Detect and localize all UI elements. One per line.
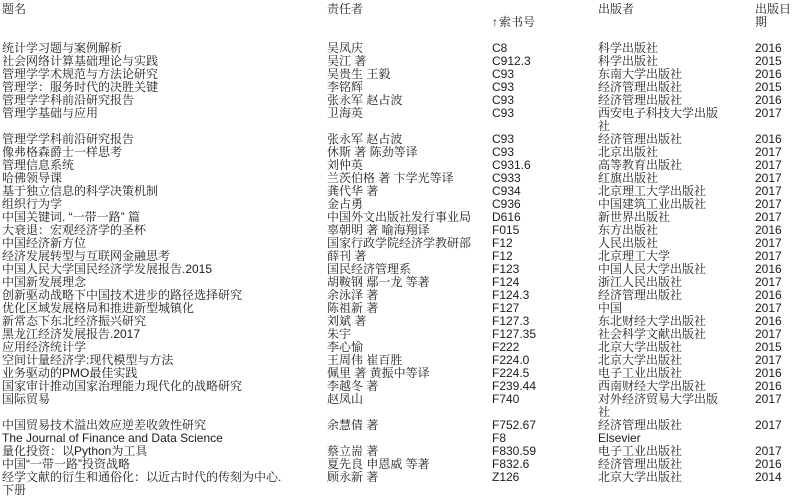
cell-author: 夏先良 申恩威 等著 <box>327 458 492 471</box>
table-row: 中国人民大学国民经济学发展报告.2015 国民经济管理系 F123 中国人民大学… <box>2 263 798 276</box>
cell-title[interactable]: 管理学学术规范与方法论研究 <box>2 68 327 81</box>
cell-call-number: F123 <box>492 263 598 276</box>
column-header-publisher[interactable]: 出版者 <box>598 3 755 16</box>
table-row: 国家审计推动国家治理能力现代化的战略研究 李越冬 著 F239.44 西南财经大… <box>2 380 798 393</box>
cell-publisher: 浙江人民出版社 <box>598 276 755 289</box>
cell-publisher: 北京出版社 <box>598 146 755 159</box>
cell-author: 吴凤庆 <box>327 42 492 55</box>
cell-pub-date: 2017 <box>755 328 798 341</box>
cell-pub-date: 2017 <box>755 354 798 367</box>
table-row: The Journal of Finance and Data Science … <box>2 432 798 445</box>
cell-call-number: C93 <box>492 146 598 159</box>
cell-call-number: D616 <box>492 211 598 224</box>
cell-author: 卫海英 <box>327 107 492 120</box>
table-row: 空间计量经济学:现代模型与方法 王周伟 崔百胜 F224.0 北京大学出版社 2… <box>2 354 798 367</box>
cell-publisher: 东南大学出版社 <box>598 68 755 81</box>
cell-publisher: 中国建筑工业出版社 <box>598 198 755 211</box>
cell-publisher: 经济管理出版社 <box>598 133 755 146</box>
cell-call-number: F127.3 <box>492 315 598 328</box>
cell-pub-date: 2016 <box>755 94 798 107</box>
cell-pub-date: 2017 <box>755 393 798 406</box>
cell-call-number: F124.3 <box>492 289 598 302</box>
cell-title[interactable]: 组织行为学 <box>2 198 327 211</box>
cell-publisher: 红旗出版社 <box>598 172 755 185</box>
cell-call-number: C93 <box>492 107 598 120</box>
table-row: 新常态下东北经济振兴研究 刘斌 著 F127.3 东北财经大学出版社 2016 <box>2 315 798 328</box>
cell-title[interactable]: 中国经济新方位 <box>2 237 327 250</box>
cell-call-number: C93 <box>492 68 598 81</box>
cell-call-number: F832.6 <box>492 458 598 471</box>
table-row: 中国贸易技术溢出效应逆差收敛性研究 余慧倩 著 F752.67 经济管理出版社 … <box>2 419 798 432</box>
column-header-author[interactable]: 责任者 <box>327 3 492 16</box>
cell-author: 佩里 著 黄振中等译 <box>327 367 492 380</box>
table-row: 像弗格森爵士一样思考 休斯 著 陈劲等译 C93 北京出版社 2017 <box>2 146 798 159</box>
cell-author: 余泳泽 著 <box>327 289 492 302</box>
cell-author: 张永军 赵占波 <box>327 94 492 107</box>
cell-title[interactable]: 创新驱动战略下中国技术进步的路径选择研究 <box>2 289 327 302</box>
table-row: 经学文献的衍生和通俗化：以近古时代的传刻为中心. 下册 顾永新 著 Z126 北… <box>2 471 798 497</box>
cell-pub-date: 2017 <box>755 211 798 224</box>
cell-author: 王周伟 崔百胜 <box>327 354 492 367</box>
cell-author: 胡鞍钢 鄢一龙 等著 <box>327 276 492 289</box>
cell-call-number: F127 <box>492 302 598 315</box>
cell-publisher: 东方出版社 <box>598 224 755 237</box>
sort-ascending-icon: ↑ <box>492 16 498 29</box>
cell-title[interactable]: 大衰退：宏观经济学的圣杯 <box>2 224 327 237</box>
cell-pub-date: 2017 <box>755 419 798 432</box>
cell-publisher: 北京理工大学出版社 <box>598 185 755 198</box>
table-row: 中国新发展理念 胡鞍钢 鄢一龙 等著 F124 浙江人民出版社 2017 <box>2 276 798 289</box>
cell-pub-date: 2017 <box>755 445 798 458</box>
cell-call-number: F12 <box>492 237 598 250</box>
cell-author: 龚代华 著 <box>327 185 492 198</box>
table-row: 基于独立信息的科学决策机制 龚代华 著 C934 北京理工大学出版社 2017 <box>2 185 798 198</box>
cell-publisher: 东北财经大学出版社 <box>598 315 755 328</box>
table-row: 管理学学科前沿研究报告 张永军 赵占波 C93 经济管理出版社 2016 <box>2 94 798 107</box>
table-row: 经济发展转型与互联网金融思考 薛刊 著 F12 北京理工大学 2017 <box>2 250 798 263</box>
cell-title[interactable]: 空间计量经济学:现代模型与方法 <box>2 354 327 367</box>
cell-call-number: F830.59 <box>492 445 598 458</box>
cell-title[interactable]: 经学文献的衍生和通俗化：以近古时代的传刻为中心. 下册 <box>2 471 327 497</box>
cell-publisher: 经济管理出版社 <box>598 289 755 302</box>
cell-call-number: F124 <box>492 276 598 289</box>
table-row: 组织行为学 金占勇 C936 中国建筑工业出版社 2017 <box>2 198 798 211</box>
cell-pub-date: 2017 <box>755 185 798 198</box>
cell-title[interactable]: 中国关键词. “一带一路” 篇 <box>2 211 327 224</box>
cell-author: 李心愉 <box>327 341 492 354</box>
cell-title[interactable]: 国家审计推动国家治理能力现代化的战略研究 <box>2 380 327 393</box>
cell-title[interactable]: 经济发展转型与互联网金融思考 <box>2 250 327 263</box>
cell-call-number: C93 <box>492 81 598 94</box>
cell-title[interactable]: 应用经济统计学 <box>2 341 327 354</box>
table-row: 统计学习题与案例解析 吴凤庆 C8 科学出版社 2016 <box>2 42 798 55</box>
cell-call-number: F127.35 <box>492 328 598 341</box>
cell-publisher: 科学出版社 <box>598 42 755 55</box>
cell-call-number: F740 <box>492 393 598 406</box>
cell-pub-date: 2015 <box>755 55 798 68</box>
cell-pub-date: 2016 <box>755 380 798 393</box>
table-row: 社会网络计算基础理论与实践 吴江 著 C912.3 科学出版社 2015 <box>2 55 798 68</box>
cell-pub-date: 2016 <box>755 263 798 276</box>
cell-pub-date: 2017 <box>755 107 798 120</box>
cell-call-number: F224.5 <box>492 367 598 380</box>
cell-publisher: 电子工业出版社 <box>598 445 755 458</box>
cell-pub-date: 2016 <box>755 315 798 328</box>
cell-title[interactable]: 国际贸易 <box>2 393 327 406</box>
cell-call-number: C93 <box>492 133 598 146</box>
table-header: 题名 责任者 ↑索书号 出版者 出版日 期 <box>2 3 798 29</box>
cell-title[interactable]: 基于独立信息的科学决策机制 <box>2 185 327 198</box>
cell-pub-date: 2016 <box>755 42 798 55</box>
table-row: 国际贸易 赵凤山 F740 对外经济贸易大学出版 社 2017 <box>2 393 798 419</box>
catalog-results-page: 题名 责任者 ↑索书号 出版者 出版日 期 统计学习题与案例解析 吴凤庆 C8 … <box>0 0 798 497</box>
cell-pub-date: 2016 <box>755 68 798 81</box>
cell-pub-date: 2016 <box>755 133 798 146</box>
cell-pub-date: 2017 <box>755 237 798 250</box>
cell-title[interactable]: 中国新发展理念 <box>2 276 327 289</box>
cell-author: 顾永新 著 <box>327 471 492 484</box>
cell-title[interactable]: 中国人民大学国民经济学发展报告.2015 <box>2 263 327 276</box>
cell-author: 吴贵生 王毅 <box>327 68 492 81</box>
cell-publisher: 经济管理出版社 <box>598 94 755 107</box>
cell-author: 刘斌 著 <box>327 315 492 328</box>
cell-author: 余慧倩 著 <box>327 419 492 432</box>
cell-author: 李铭辉 <box>327 81 492 94</box>
cell-title[interactable]: 黑龙江经济发展报告.2017 <box>2 328 327 341</box>
cell-publisher: 电子工业出版社 <box>598 367 755 380</box>
cell-author: 刘仲英 <box>327 159 492 172</box>
cell-title[interactable]: 管理学基础与应用 <box>2 107 327 120</box>
cell-publisher: 西南财经大学出版社 <box>598 380 755 393</box>
table-row: 量化投资：以Python为工具 蔡立耑 著 F830.59 电子工业出版社 20… <box>2 445 798 458</box>
cell-pub-date: 2016 <box>755 458 798 471</box>
table-row: 黑龙江经济发展报告.2017 朱宇 F127.35 社会科学文献出版社 2017 <box>2 328 798 341</box>
cell-title[interactable]: 管理信息系统 <box>2 159 327 172</box>
cell-title[interactable]: 管理学：服务时代的决胜关键 <box>2 81 327 94</box>
cell-pub-date: 2016 <box>755 367 798 380</box>
cell-call-number: C8 <box>492 42 598 55</box>
cell-author: 赵凤山 <box>327 393 492 406</box>
cell-publisher: 社会科学文献出版社 <box>598 328 755 341</box>
cell-publisher: 科学出版社 <box>598 55 755 68</box>
cell-pub-date: 2016 <box>755 224 798 237</box>
cell-author: 金占勇 <box>327 198 492 211</box>
table-row: 管理学基础与应用 卫海英 C93 西安电子科技大学出版 社 2017 <box>2 107 798 133</box>
cell-pub-date: 2017 <box>755 198 798 211</box>
table-row: 管理学：服务时代的决胜关键 李铭辉 C93 经济管理出版社 2015 <box>2 81 798 94</box>
book-table-body: 统计学习题与案例解析 吴凤庆 C8 科学出版社 2016 社会网络计算基础理论与… <box>2 42 798 497</box>
cell-publisher: 北京理工大学 <box>598 250 755 263</box>
cell-publisher: 西安电子科技大学出版 社 <box>598 107 755 133</box>
cell-publisher: 经济管理出版社 <box>598 81 755 94</box>
column-header-pub-date[interactable]: 出版日 期 <box>755 3 798 29</box>
cell-author: 中国外文出版社发行事业局 <box>327 211 492 224</box>
cell-author: 薛刊 著 <box>327 250 492 263</box>
table-row: 管理学学术规范与方法论研究 吴贵生 王毅 C93 东南大学出版社 2016 <box>2 68 798 81</box>
cell-title[interactable]: 量化投资：以Python为工具 <box>2 445 327 458</box>
column-header-call-number[interactable]: ↑索书号 <box>492 3 598 29</box>
cell-call-number: F222 <box>492 341 598 354</box>
cell-title[interactable]: 管理学学科前沿研究报告 <box>2 94 327 107</box>
cell-publisher: 高等教育出版社 <box>598 159 755 172</box>
cell-title[interactable]: 哈佛领导课 <box>2 172 327 185</box>
cell-call-number: C934 <box>492 185 598 198</box>
cell-call-number: F8 <box>492 432 598 445</box>
cell-call-number: C912.3 <box>492 55 598 68</box>
cell-publisher: 中国人民大学出版社 <box>598 263 755 276</box>
column-header-title[interactable]: 题名 <box>2 3 327 16</box>
cell-pub-date: 2015 <box>755 341 798 354</box>
cell-title[interactable]: 像弗格森爵士一样思考 <box>2 146 327 159</box>
cell-title[interactable]: 优化区域发展格局和推进新型城镇化 <box>2 302 327 315</box>
table-row: 中国“一带一路”投资战略 夏先良 申恩威 等著 F832.6 经济管理出版社 2… <box>2 458 798 471</box>
cell-call-number: F12 <box>492 250 598 263</box>
cell-call-number: F015 <box>492 224 598 237</box>
cell-author: 兰茨伯格 著 卞学光等译 <box>327 172 492 185</box>
cell-title[interactable]: 中国“一带一路”投资战略 <box>2 458 327 471</box>
cell-title[interactable]: The Journal of Finance and Data Science <box>2 432 327 445</box>
table-row: 管理学学科前沿研究报告 张永军 赵占波 C93 经济管理出版社 2016 <box>2 133 798 146</box>
cell-publisher: 北京大学出版社 <box>598 471 755 484</box>
cell-author: 休斯 著 陈劲等译 <box>327 146 492 159</box>
cell-publisher: 经济管理出版社 <box>598 458 755 471</box>
cell-author: 吴江 著 <box>327 55 492 68</box>
cell-pub-date: 2017 <box>755 302 798 315</box>
cell-author: 李越冬 著 <box>327 380 492 393</box>
table-row: 中国关键词. “一带一路” 篇 中国外文出版社发行事业局 D616 新世界出版社… <box>2 211 798 224</box>
cell-title[interactable]: 社会网络计算基础理论与实践 <box>2 55 327 68</box>
cell-pub-date: 2017 <box>755 146 798 159</box>
table-row: 业务驱动的PMO最佳实践 佩里 著 黄振中等译 F224.5 电子工业出版社 2… <box>2 367 798 380</box>
table-row: 大衰退：宏观经济学的圣杯 辜朝明 著 喻海翔译 F015 东方出版社 2016 <box>2 224 798 237</box>
cell-call-number: F752.67 <box>492 419 598 432</box>
cell-author: 陈祖新 著 <box>327 302 492 315</box>
cell-pub-date: 2017 <box>755 172 798 185</box>
cell-author: 国民经济管理系 <box>327 263 492 276</box>
cell-pub-date: 2015 <box>755 81 798 94</box>
cell-title[interactable]: 业务驱动的PMO最佳实践 <box>2 367 327 380</box>
table-row: 应用经济统计学 李心愉 F222 北京大学出版社 2015 <box>2 341 798 354</box>
cell-publisher: 北京大学出版社 <box>598 341 755 354</box>
table-row: 哈佛领导课 兰茨伯格 著 卞学光等译 C933 红旗出版社 2017 <box>2 172 798 185</box>
cell-author: 张永军 赵占波 <box>327 133 492 146</box>
cell-call-number: C931.6 <box>492 159 598 172</box>
cell-call-number: F224.0 <box>492 354 598 367</box>
cell-call-number: C936 <box>492 198 598 211</box>
column-header-call-number-label: 索书号 <box>499 15 535 29</box>
cell-author: 辜朝明 著 喻海翔译 <box>327 224 492 237</box>
cell-pub-date: 2017 <box>755 250 798 263</box>
cell-publisher: 对外经济贸易大学出版 社 <box>598 393 755 419</box>
cell-pub-date: 2014 <box>755 471 798 484</box>
cell-title[interactable]: 统计学习题与案例解析 <box>2 42 327 55</box>
cell-publisher: 人民出版社 <box>598 237 755 250</box>
cell-call-number: F239.44 <box>492 380 598 393</box>
cell-title[interactable]: 中国贸易技术溢出效应逆差收敛性研究 <box>2 419 327 432</box>
cell-title[interactable]: 管理学学科前沿研究报告 <box>2 133 327 146</box>
table-row: 创新驱动战略下中国技术进步的路径选择研究 余泳泽 著 F124.3 经济管理出版… <box>2 289 798 302</box>
cell-call-number: C93 <box>492 94 598 107</box>
header-gap <box>2 29 798 42</box>
cell-author: 蔡立耑 著 <box>327 445 492 458</box>
cell-publisher: 中国 <box>598 302 755 315</box>
cell-author: 国家行政学院经济学教研部 <box>327 237 492 250</box>
table-row: 中国经济新方位 国家行政学院经济学教研部 F12 人民出版社 2017 <box>2 237 798 250</box>
cell-title[interactable]: 新常态下东北经济振兴研究 <box>2 315 327 328</box>
cell-publisher: 经济管理出版社 <box>598 419 755 432</box>
cell-pub-date: 2017 <box>755 276 798 289</box>
cell-publisher: 北京大学出版社 <box>598 354 755 367</box>
cell-call-number: Z126 <box>492 471 598 484</box>
cell-pub-date: 2016 <box>755 289 798 302</box>
table-row: 优化区域发展格局和推进新型城镇化 陈祖新 著 F127 中国 2017 <box>2 302 798 315</box>
cell-call-number: C933 <box>492 172 598 185</box>
cell-publisher: Elsevier <box>598 432 755 445</box>
cell-author: 朱宇 <box>327 328 492 341</box>
table-row: 管理信息系统 刘仲英 C931.6 高等教育出版社 2017 <box>2 159 798 172</box>
cell-pub-date: 2017 <box>755 159 798 172</box>
cell-publisher: 新世界出版社 <box>598 211 755 224</box>
